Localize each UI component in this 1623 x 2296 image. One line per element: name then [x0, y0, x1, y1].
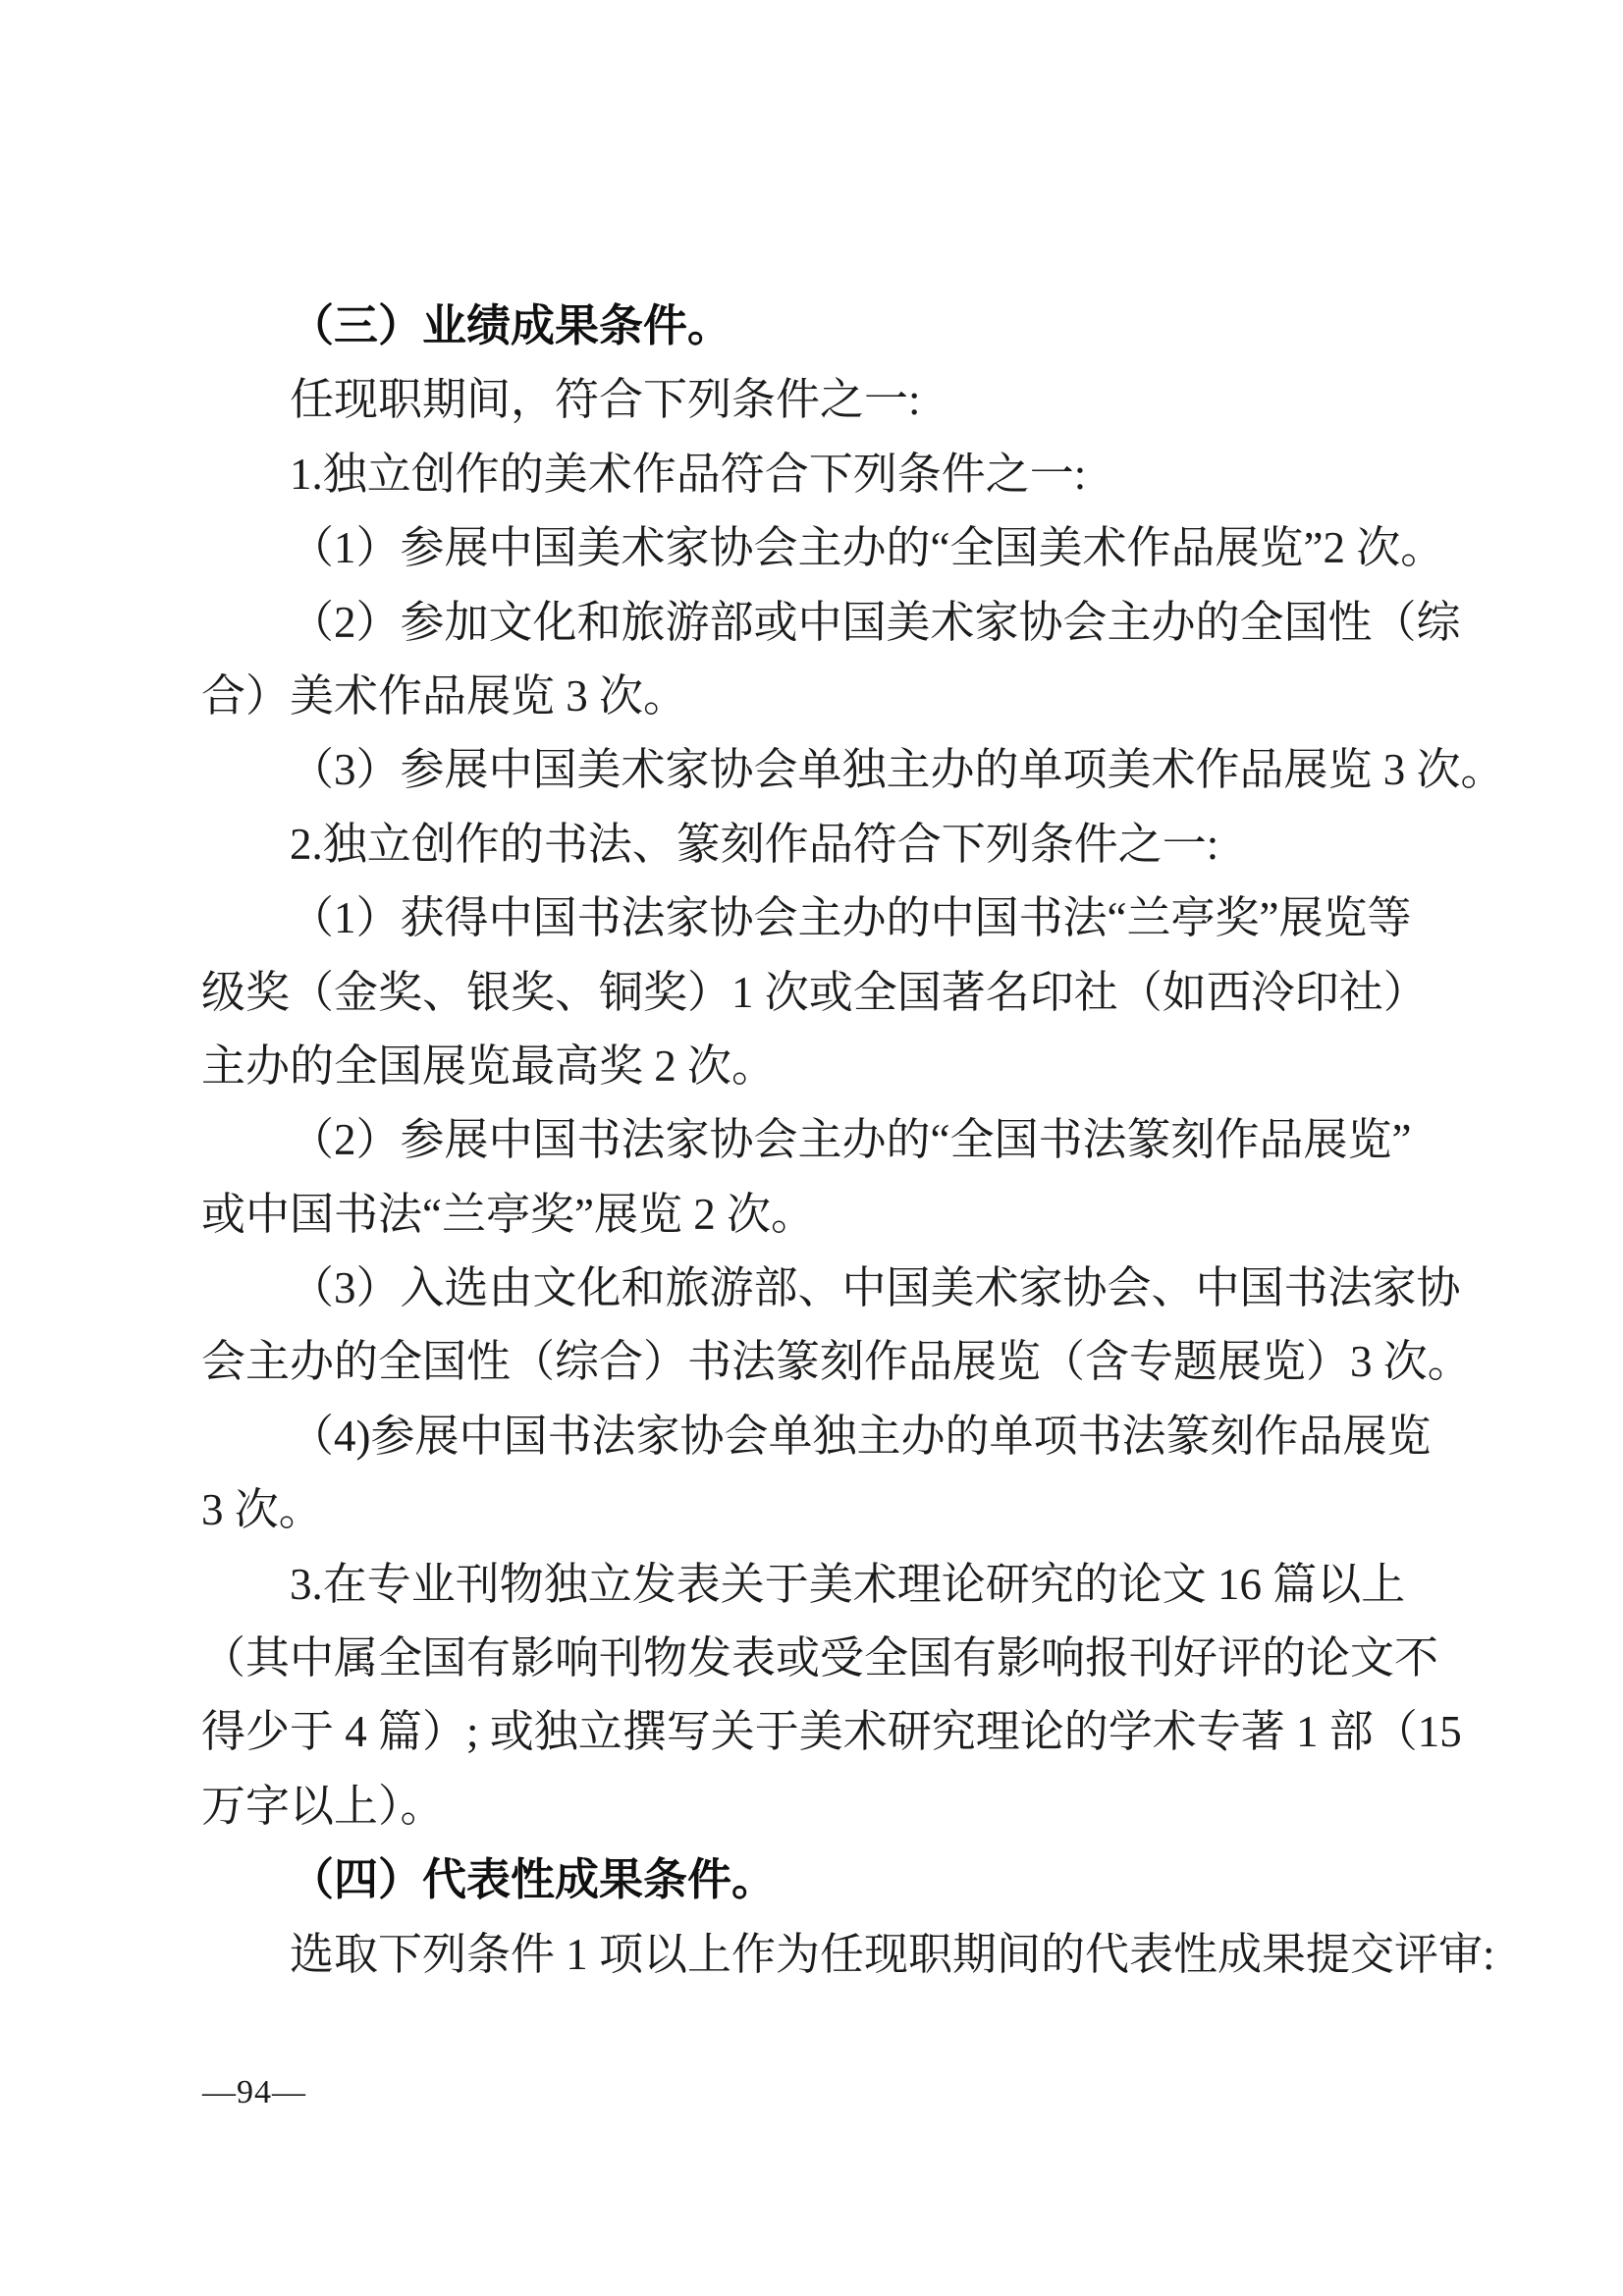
document-page: （三）业绩成果条件。任现职期间，符合下列条件之一:1.独立创作的美术作品符合下列…	[0, 0, 1623, 2296]
text-line: 3 次。	[201, 1473, 1440, 1547]
text-line: 1.独立创作的美术作品符合下列条件之一:	[201, 438, 1440, 511]
text-line: （1）参展中国美术家协会主办的“全国美术作品展览”2 次。	[201, 511, 1440, 585]
text-line: （2）参加文化和旅游部或中国美术家协会主办的全国性（综	[201, 586, 1440, 660]
text-line: 得少于 4 篇）; 或独立撰写关于美术研究理论的学术专著 1 部（15	[201, 1695, 1440, 1769]
text-line: 或中国书法“兰亭奖”展览 2 次。	[201, 1178, 1440, 1252]
text-line: 会主办的全国性（综合）书法篆刻作品展览（含专题展览）3 次。	[201, 1325, 1440, 1399]
text-line: 万字以上）。	[201, 1770, 1440, 1843]
page-number: —94—	[202, 2073, 306, 2112]
text-line: 级奖（金奖、银奖、铜奖）1 次或全国著名印社（如西泠印社）	[201, 956, 1440, 1030]
text-line: 任现职期间，符合下列条件之一:	[201, 363, 1440, 437]
section-heading: （四）代表性成果条件。	[201, 1843, 1440, 1917]
section-heading: （三）业绩成果条件。	[201, 290, 1440, 363]
text-line: （3）参展中国美术家协会单独主办的单项美术作品展览 3 次。	[201, 733, 1440, 807]
document-body: （三）业绩成果条件。任现职期间，符合下列条件之一:1.独立创作的美术作品符合下列…	[201, 290, 1440, 1992]
text-line: 选取下列条件 1 项以上作为任现职期间的代表性成果提交评审:	[201, 1918, 1440, 1992]
text-line: （其中属全国有影响刊物发表或受全国有影响报刊好评的论文不	[201, 1622, 1440, 1695]
text-line: （2）参展中国书法家协会主办的“全国书法篆刻作品展览”	[201, 1103, 1440, 1177]
text-line: （3）入选由文化和旅游部、中国美术家协会、中国书法家协	[201, 1252, 1440, 1325]
text-line: （1）获得中国书法家协会主办的中国书法“兰亭奖”展览等	[201, 881, 1440, 955]
text-line: 2.独立创作的书法、篆刻作品符合下列条件之一:	[201, 808, 1440, 881]
text-line: （4)参展中国书法家协会单独主办的单项书法篆刻作品展览	[201, 1400, 1440, 1473]
text-line: 3.在专业刊物独立发表关于美术理论研究的论文 16 篇以上	[201, 1548, 1440, 1622]
text-line: 合）美术作品展览 3 次。	[201, 660, 1440, 733]
text-line: 主办的全国展览最高奖 2 次。	[201, 1030, 1440, 1103]
